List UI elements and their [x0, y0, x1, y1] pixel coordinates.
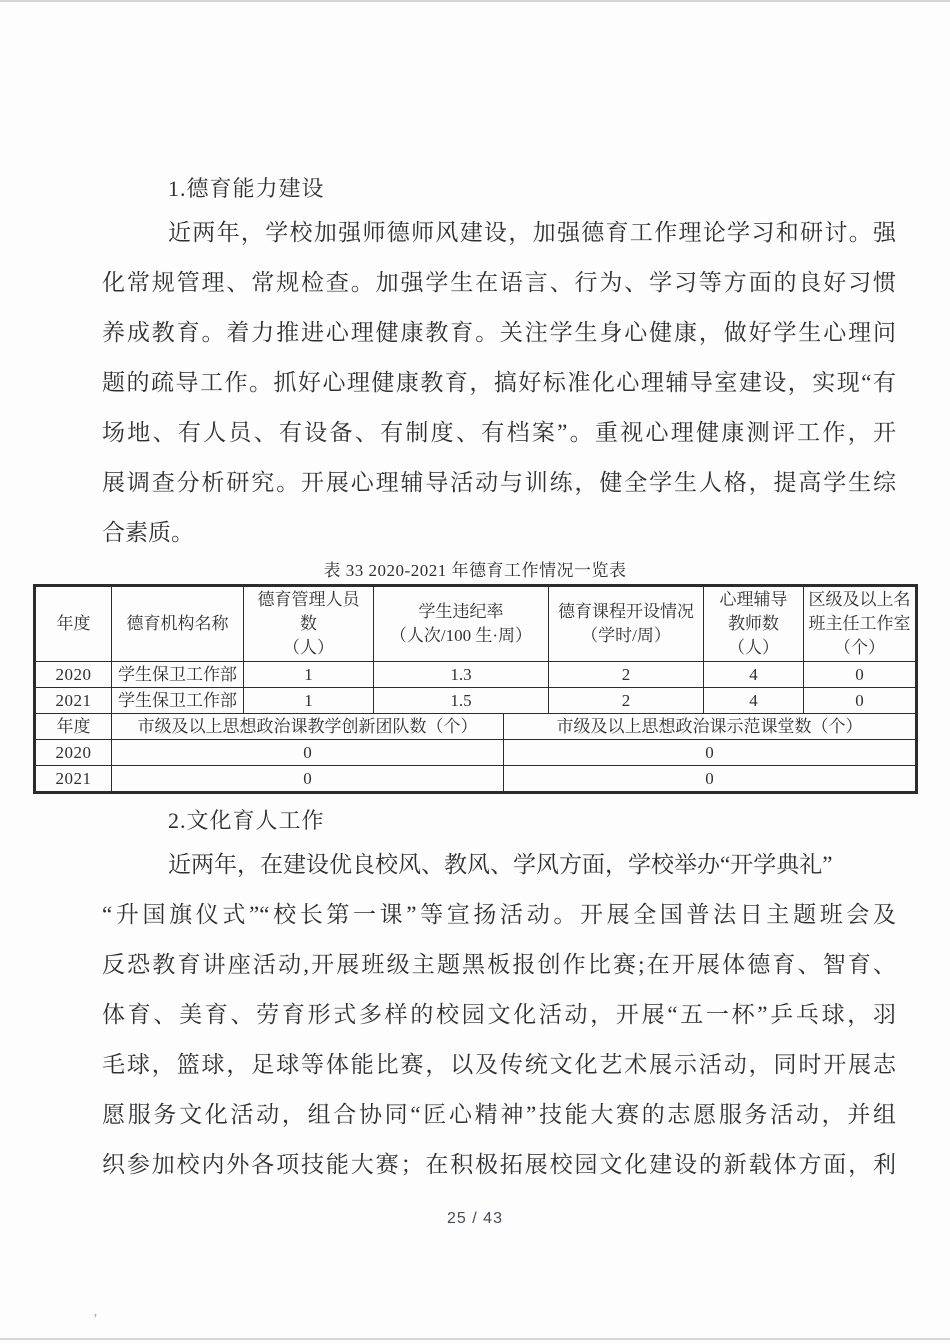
paragraph-line: 近两年，在建设优良校风、教风、学风方面，学校举办“开学典礼”	[102, 840, 896, 890]
table-cell: 0	[804, 688, 916, 714]
table-part2-row-2021: 2021 0 0	[36, 765, 916, 791]
table-part1: 年度 德育机构名称 德育管理人员 数 （人） 学生违纪率 （人次/100 生·周…	[35, 586, 916, 714]
year-cell: 2020	[36, 739, 112, 765]
header-cell-org-name: 德育机构名称	[112, 587, 244, 662]
table-cell: 4	[704, 662, 804, 688]
year-cell: 2021	[36, 765, 112, 791]
document-page: 1.德育能力建设 近两年，学校加强师德师风建设，加强德育工作理论学习和研讨。强 …	[0, 0, 950, 1344]
paragraph-line: 愿服务文化活动，组合协同“匠心精神”技能大赛的志愿服务活动，并组	[102, 1090, 896, 1140]
paragraph-cultural-education: 近两年，在建设优良校风、教风、学风方面，学校举办“开学典礼” “升国旗仪式”“校…	[102, 840, 896, 1190]
section-heading-cultural-education: 2.文化育人工作	[168, 804, 325, 835]
moral-education-table: 年度 德育机构名称 德育管理人员 数 （人） 学生违纪率 （人次/100 生·周…	[33, 584, 918, 794]
header-cell-innovation-teams: 市级及以上思想政治课教学创新团队数（个）	[112, 713, 504, 739]
table-part2-row-2020: 2020 0 0	[36, 739, 916, 765]
paragraph-line: “升国旗仪式”“校长第一课”等宣扬活动。开展全国普法日主题班会及	[102, 890, 896, 940]
paragraph-line: 近两年，学校加强师德师风建设，加强德育工作理论学习和研讨。强	[102, 208, 896, 258]
paragraph-line: 织参加校内外各项技能大赛；在积极拓展校园文化建设的新载体方面，利	[102, 1140, 896, 1190]
paragraph-line: 体育、美育、劳育形式多样的校园文化活动，开展“五一杯”乒乓球，羽	[102, 990, 896, 1040]
table-cell: 学生保卫工作部	[112, 688, 244, 714]
table-part2: 年度 市级及以上思想政治课教学创新团队数（个） 市级及以上思想政治课示范课堂数（…	[35, 713, 916, 792]
paragraph-line: 养成教育。着力推进心理健康教育。关注学生身心健康，做好学生心理问	[102, 308, 896, 358]
table-cell: 1.5	[374, 688, 549, 714]
table-cell: 1	[244, 688, 374, 714]
paragraph-moral-education: 近两年，学校加强师德师风建设，加强德育工作理论学习和研讨。强 化常规管理、常规检…	[102, 208, 896, 558]
table-cell: 2	[549, 662, 704, 688]
header-cell-manager-count: 德育管理人员 数 （人）	[244, 587, 374, 662]
header-cell-violation-rate: 学生违纪率 （人次/100 生·周）	[374, 587, 549, 662]
header-cell-course-offering: 德育课程开设情况 （学时/周）	[549, 587, 704, 662]
header-cell-demo-classes: 市级及以上思想政治课示范课堂数（个）	[504, 713, 916, 739]
section-heading-moral-education: 1.德育能力建设	[168, 172, 325, 203]
paragraph-line: 场地、有人员、有设备、有制度、有档案”。重视心理健康测评工作，开	[102, 408, 896, 458]
year-cell: 2021	[36, 688, 112, 714]
paragraph-line: 毛球，篮球，足球等体能比赛，以及传统文化艺术展示活动，同时开展志	[102, 1040, 896, 1090]
table-cell: 4	[704, 688, 804, 714]
table-cell: 1.3	[374, 662, 549, 688]
header-cell-head-teacher-studio: 区级及以上名 班主任工作室 （个）	[804, 587, 916, 662]
table-cell: 0	[504, 765, 916, 791]
header-cell-year: 年度	[36, 587, 112, 662]
paragraph-line: 展调查分析研究。开展心理辅导活动与训练，健全学生人格，提高学生综	[102, 458, 896, 508]
table-cell: 2	[549, 688, 704, 714]
table-cell: 0	[112, 765, 504, 791]
paragraph-line: 反恐教育讲座活动,开展班级主题黑板报创作比赛;在开展体德育、智育、	[102, 940, 896, 990]
header-cell-year: 年度	[36, 713, 112, 739]
header-cell-counselor-count: 心理辅导 教师数 （人）	[704, 587, 804, 662]
table-row-2021: 2021 学生保卫工作部 1 1.5 2 4 0	[36, 688, 916, 714]
table-cell: 0	[804, 662, 916, 688]
year-cell: 2020	[36, 662, 112, 688]
table-header-row: 年度 德育机构名称 德育管理人员 数 （人） 学生违纪率 （人次/100 生·周…	[36, 587, 916, 662]
page-number: 25 / 43	[0, 1210, 950, 1228]
table-part2-header-row: 年度 市级及以上思想政治课教学创新团队数（个） 市级及以上思想政治课示范课堂数（…	[36, 713, 916, 739]
table-cell: 0	[112, 739, 504, 765]
paragraph-line: 化常规管理、常规检查。加强学生在语言、行为、学习等方面的良好习惯	[102, 258, 896, 308]
table-cell: 学生保卫工作部	[112, 662, 244, 688]
scan-edge-top	[0, 0, 950, 2]
table-cell: 1	[244, 662, 374, 688]
table-cell: 0	[504, 739, 916, 765]
table-caption: 表 33 2020-2021 年德育工作情况一览表	[0, 556, 950, 581]
paragraph-line: 合素质。	[102, 508, 896, 558]
scan-edge-bottom	[0, 1338, 950, 1340]
table-row-2020: 2020 学生保卫工作部 1 1.3 2 4 0	[36, 662, 916, 688]
scan-artifact-mark: ’	[93, 1312, 98, 1328]
paragraph-line: 题的疏导工作。抓好心理健康教育，搞好标准化心理辅导室建设，实现“有	[102, 358, 896, 408]
